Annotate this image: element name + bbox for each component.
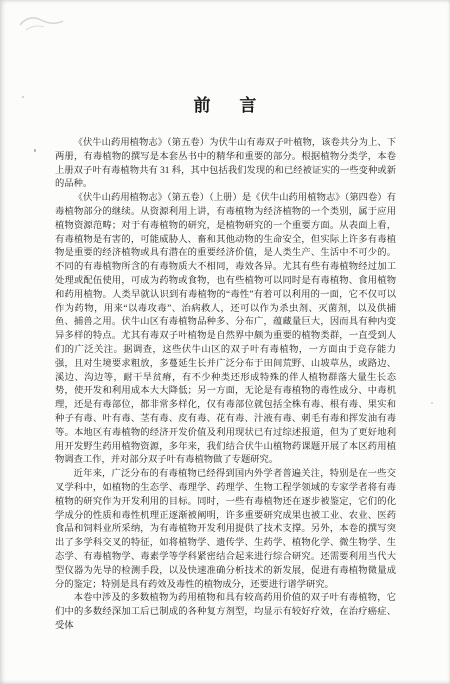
preface-paragraph-2: 《伏牛山药用植物志》（第五卷）（上册）是《伏牛山药用植物志》（第四卷）有毒植物部… xyxy=(55,192,396,468)
scan-artifact xyxy=(22,96,24,98)
preface-body: 《伏牛山药用植物志》（第五卷）为伏牛山有毒双子叶植物，该卷共分为上、下两册，有毒… xyxy=(55,137,396,634)
preface-paragraph-3: 近年来，广泛分布的有毒植物已经得到国内外学者普遍关注，特别是在一些交叉学科中，如… xyxy=(55,468,396,592)
scanned-page: 前 言 《伏牛山药用植物志》（第五卷）为伏牛山有毒双子叶植物，该卷共分为上、下两… xyxy=(0,0,450,684)
scan-artifact xyxy=(16,6,76,34)
scan-artifact xyxy=(34,149,36,152)
scan-artifact xyxy=(431,402,433,404)
page-title: 前 言 xyxy=(0,91,450,116)
preface-paragraph-4: 本卷中涉及的多数植物为药用植物和具有较高药用价值的双子叶有毒植物，它们中的多数经… xyxy=(55,592,396,633)
preface-paragraph-1: 《伏牛山药用植物志》（第五卷）为伏牛山有毒双子叶植物，该卷共分为上、下两册，有毒… xyxy=(55,137,396,192)
